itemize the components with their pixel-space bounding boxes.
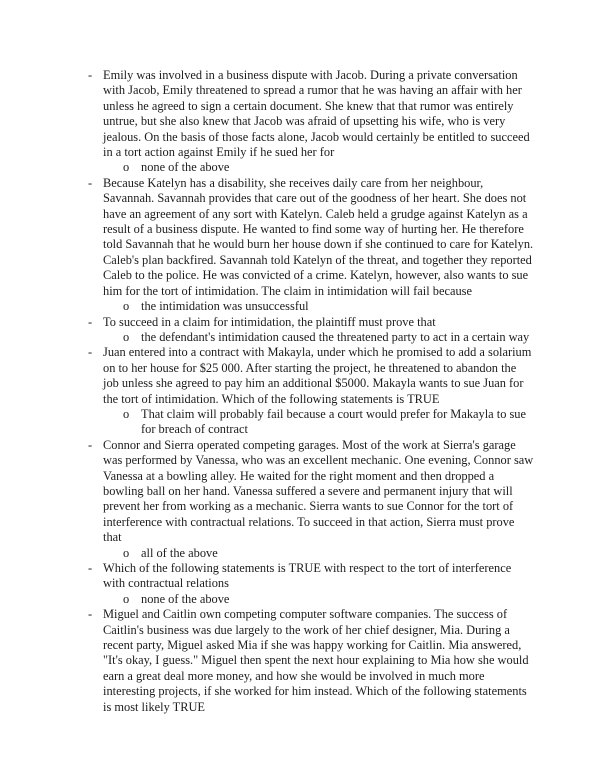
bullet-item: - Because Katelyn has a disability, she …	[88, 176, 535, 315]
bullet-item-text: Connor and Sierra operated competing gar…	[103, 438, 533, 544]
bullet-item-text: Which of the following statements is TRU…	[103, 561, 511, 590]
bullet-item-text: Miguel and Caitlin own competing compute…	[103, 607, 529, 713]
sub-option-text: none of the above	[141, 592, 229, 606]
dash-bullet-marker: -	[88, 345, 103, 360]
bullet-item: - Juan entered into a contract with Maka…	[88, 345, 535, 437]
circle-bullet-marker: o	[123, 546, 141, 561]
dash-bullet-marker: -	[88, 315, 103, 330]
bullet-item: - To succeed in a claim for intimidation…	[88, 315, 535, 346]
sub-option-text: That claim will probably fail because a …	[141, 407, 526, 436]
sub-option: o all of the above	[123, 546, 535, 561]
dash-bullet-marker: -	[88, 561, 103, 576]
circle-bullet-marker: o	[123, 299, 141, 314]
bullet-item-text: To succeed in a claim for intimidation, …	[103, 315, 436, 329]
sub-option: o none of the above	[123, 160, 535, 175]
bullet-item: - Which of the following statements is T…	[88, 561, 535, 607]
sub-option: o That claim will probably fail because …	[123, 407, 535, 438]
bullet-item: - Emily was involved in a business dispu…	[88, 68, 535, 176]
sub-option: o the defendant's intimidation caused th…	[123, 330, 535, 345]
bullet-item-text: Juan entered into a contract with Makayl…	[103, 345, 531, 405]
sub-option: o none of the above	[123, 592, 535, 607]
sub-option-text: none of the above	[141, 160, 229, 174]
circle-bullet-marker: o	[123, 592, 141, 607]
circle-bullet-marker: o	[123, 160, 141, 175]
bullet-item-text: Because Katelyn has a disability, she re…	[103, 176, 533, 298]
circle-bullet-marker: o	[123, 330, 141, 345]
sub-option-text: the intimidation was unsuccessful	[141, 299, 309, 313]
document-page: - Emily was involved in a business dispu…	[0, 0, 595, 770]
sub-option-text: the defendant's intimidation caused the …	[141, 330, 529, 344]
sub-option-text: all of the above	[141, 546, 218, 560]
dash-bullet-marker: -	[88, 607, 103, 622]
dash-bullet-marker: -	[88, 176, 103, 191]
dash-bullet-marker: -	[88, 68, 103, 83]
dash-bullet-marker: -	[88, 438, 103, 453]
bullet-item-text: Emily was involved in a business dispute…	[103, 68, 530, 159]
sub-option: o the intimidation was unsuccessful	[123, 299, 535, 314]
circle-bullet-marker: o	[123, 407, 141, 422]
bullet-item: - Connor and Sierra operated competing g…	[88, 438, 535, 561]
bullet-item: - Miguel and Caitlin own competing compu…	[88, 607, 535, 715]
